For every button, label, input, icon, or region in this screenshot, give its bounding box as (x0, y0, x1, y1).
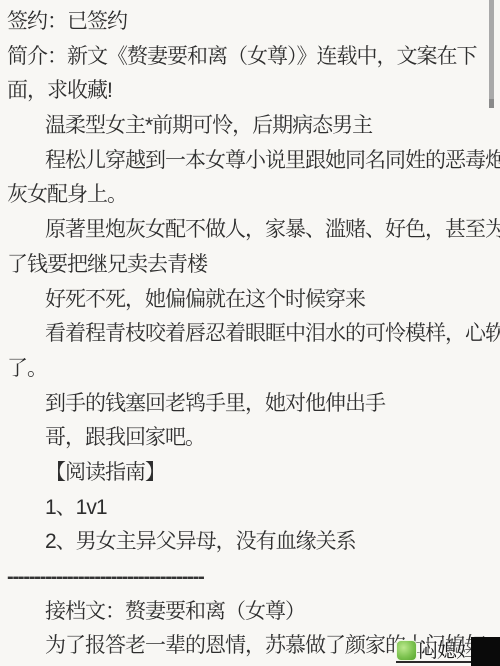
site-watermark: 闷媳妇 (395, 637, 500, 666)
novel-description-page: 签约：已签约简介：新文《赘妻要和离（女尊）》连载中，文案在下面，求收藏!温柔型女… (0, 0, 500, 666)
text-line: 签约：已签约 (7, 5, 497, 40)
watermark-black-block (471, 637, 500, 666)
text-line: 原著里炮灰女配不做人，家暴、滥赌、好色，甚至为 (7, 213, 497, 248)
text-line: 灰女配身上。 (7, 178, 497, 213)
text-line: 1、1v1 (7, 491, 497, 526)
text-line: 到手的钱塞回老鸨手里，她对他伸出手 (7, 387, 497, 422)
text-line: 程松儿穿越到一本女尊小说里跟她同名同姓的恶毒炮 (7, 144, 497, 179)
scrollbar-thumb[interactable] (489, 0, 494, 108)
watermark-underline (396, 661, 473, 663)
divider-line: ------------------------------------ (7, 560, 497, 595)
text-line: 简介：新文《赘妻要和离（女尊）》连载中，文案在下 (7, 40, 497, 75)
text-line: 【阅读指南】 (7, 456, 497, 491)
text-line: 了。 (7, 352, 497, 387)
text-line: 面，求收藏! (7, 74, 497, 109)
scrollbar-thumb-tip (489, 99, 494, 108)
text-line: 接档文：赘妻要和离（女尊） (7, 595, 497, 630)
text-line: 温柔型女主*前期可怜，后期病态男主 (7, 109, 497, 144)
text-line: 2、男女主异父异母，没有血缘关系 (7, 525, 497, 560)
watermark-logo-icon (397, 641, 416, 660)
text-line: 看着程青枝咬着唇忍着眼眶中泪水的可怜模样，心软 (7, 317, 497, 352)
text-line: 了钱要把继兄卖去青楼 (7, 248, 497, 283)
text-line: 好死不死，她偏偏就在这个时候穿来 (7, 283, 497, 318)
text-line: 哥，跟我回家吧。 (7, 421, 497, 456)
description-text-block: 签约：已签约简介：新文《赘妻要和离（女尊）》连载中，文案在下面，求收藏!温柔型女… (7, 5, 497, 664)
